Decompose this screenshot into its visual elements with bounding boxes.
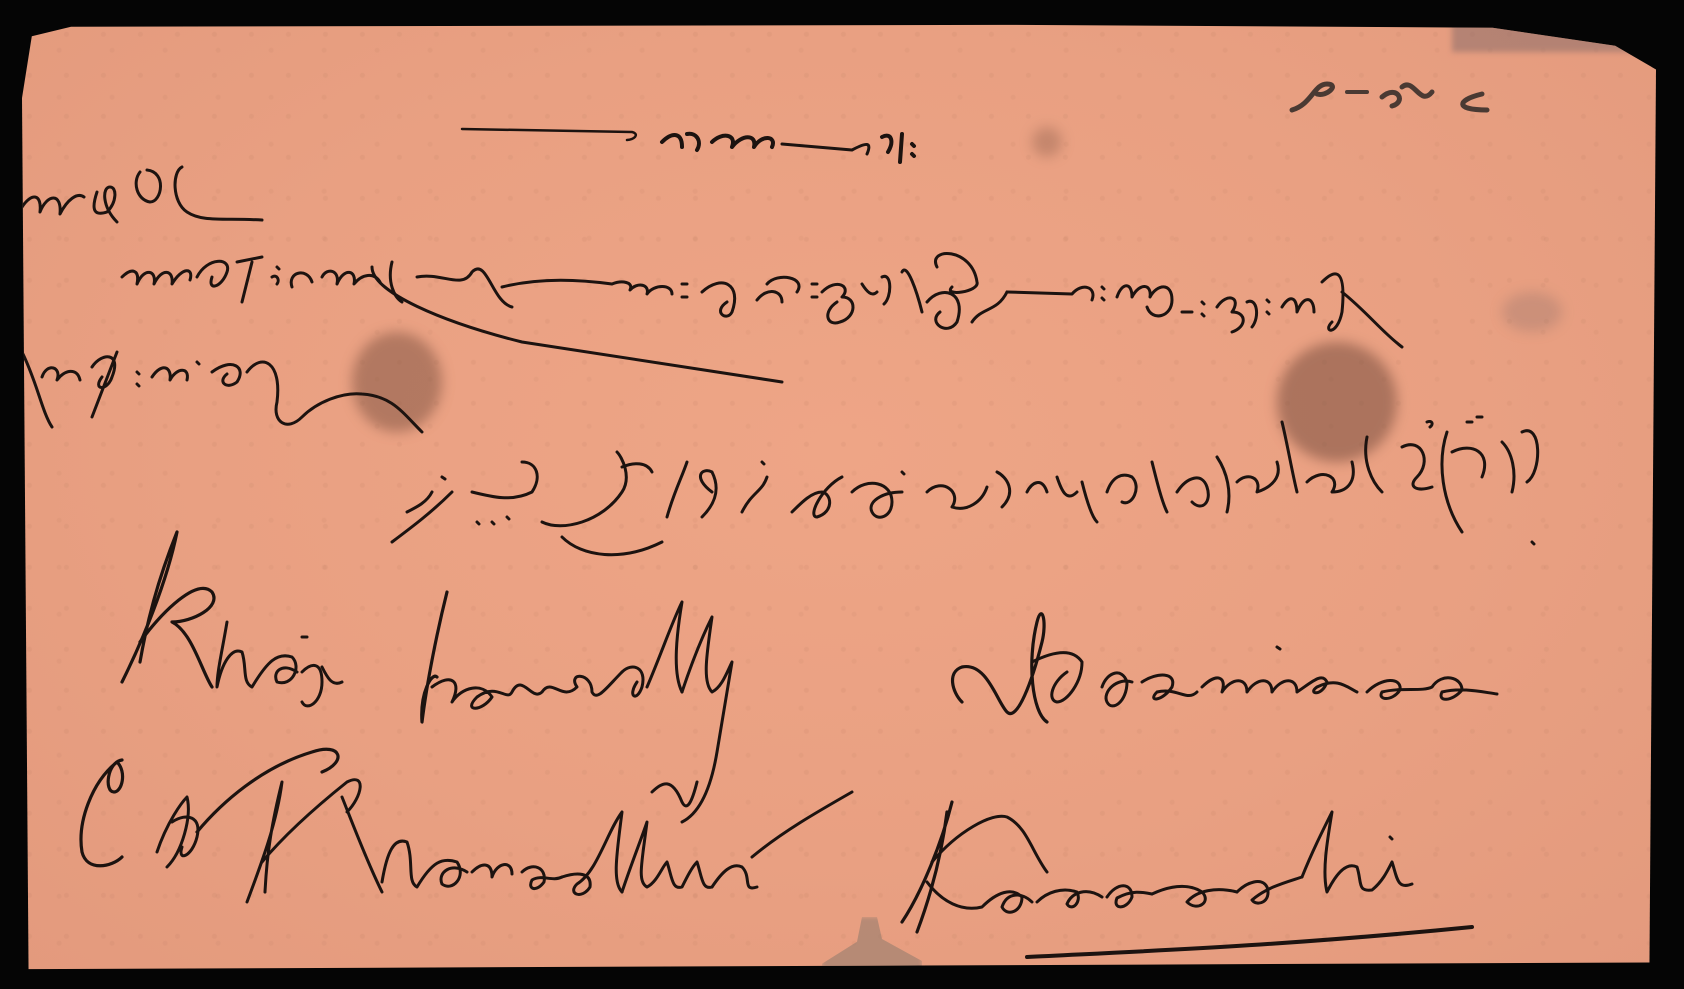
khojki-line-1 xyxy=(122,253,1402,382)
top-heading-line xyxy=(462,129,914,162)
left-margin-word xyxy=(22,167,262,222)
envelope: Khojki-script pencil notation Khojki-scr… xyxy=(22,22,1656,972)
handwriting-layer xyxy=(22,22,1656,972)
urdu-line xyxy=(392,417,1538,555)
top-right-notation xyxy=(1292,84,1487,110)
address-line-1 xyxy=(122,532,1497,822)
khojki-line-2 xyxy=(22,352,422,432)
address-line-2 xyxy=(81,749,1472,957)
